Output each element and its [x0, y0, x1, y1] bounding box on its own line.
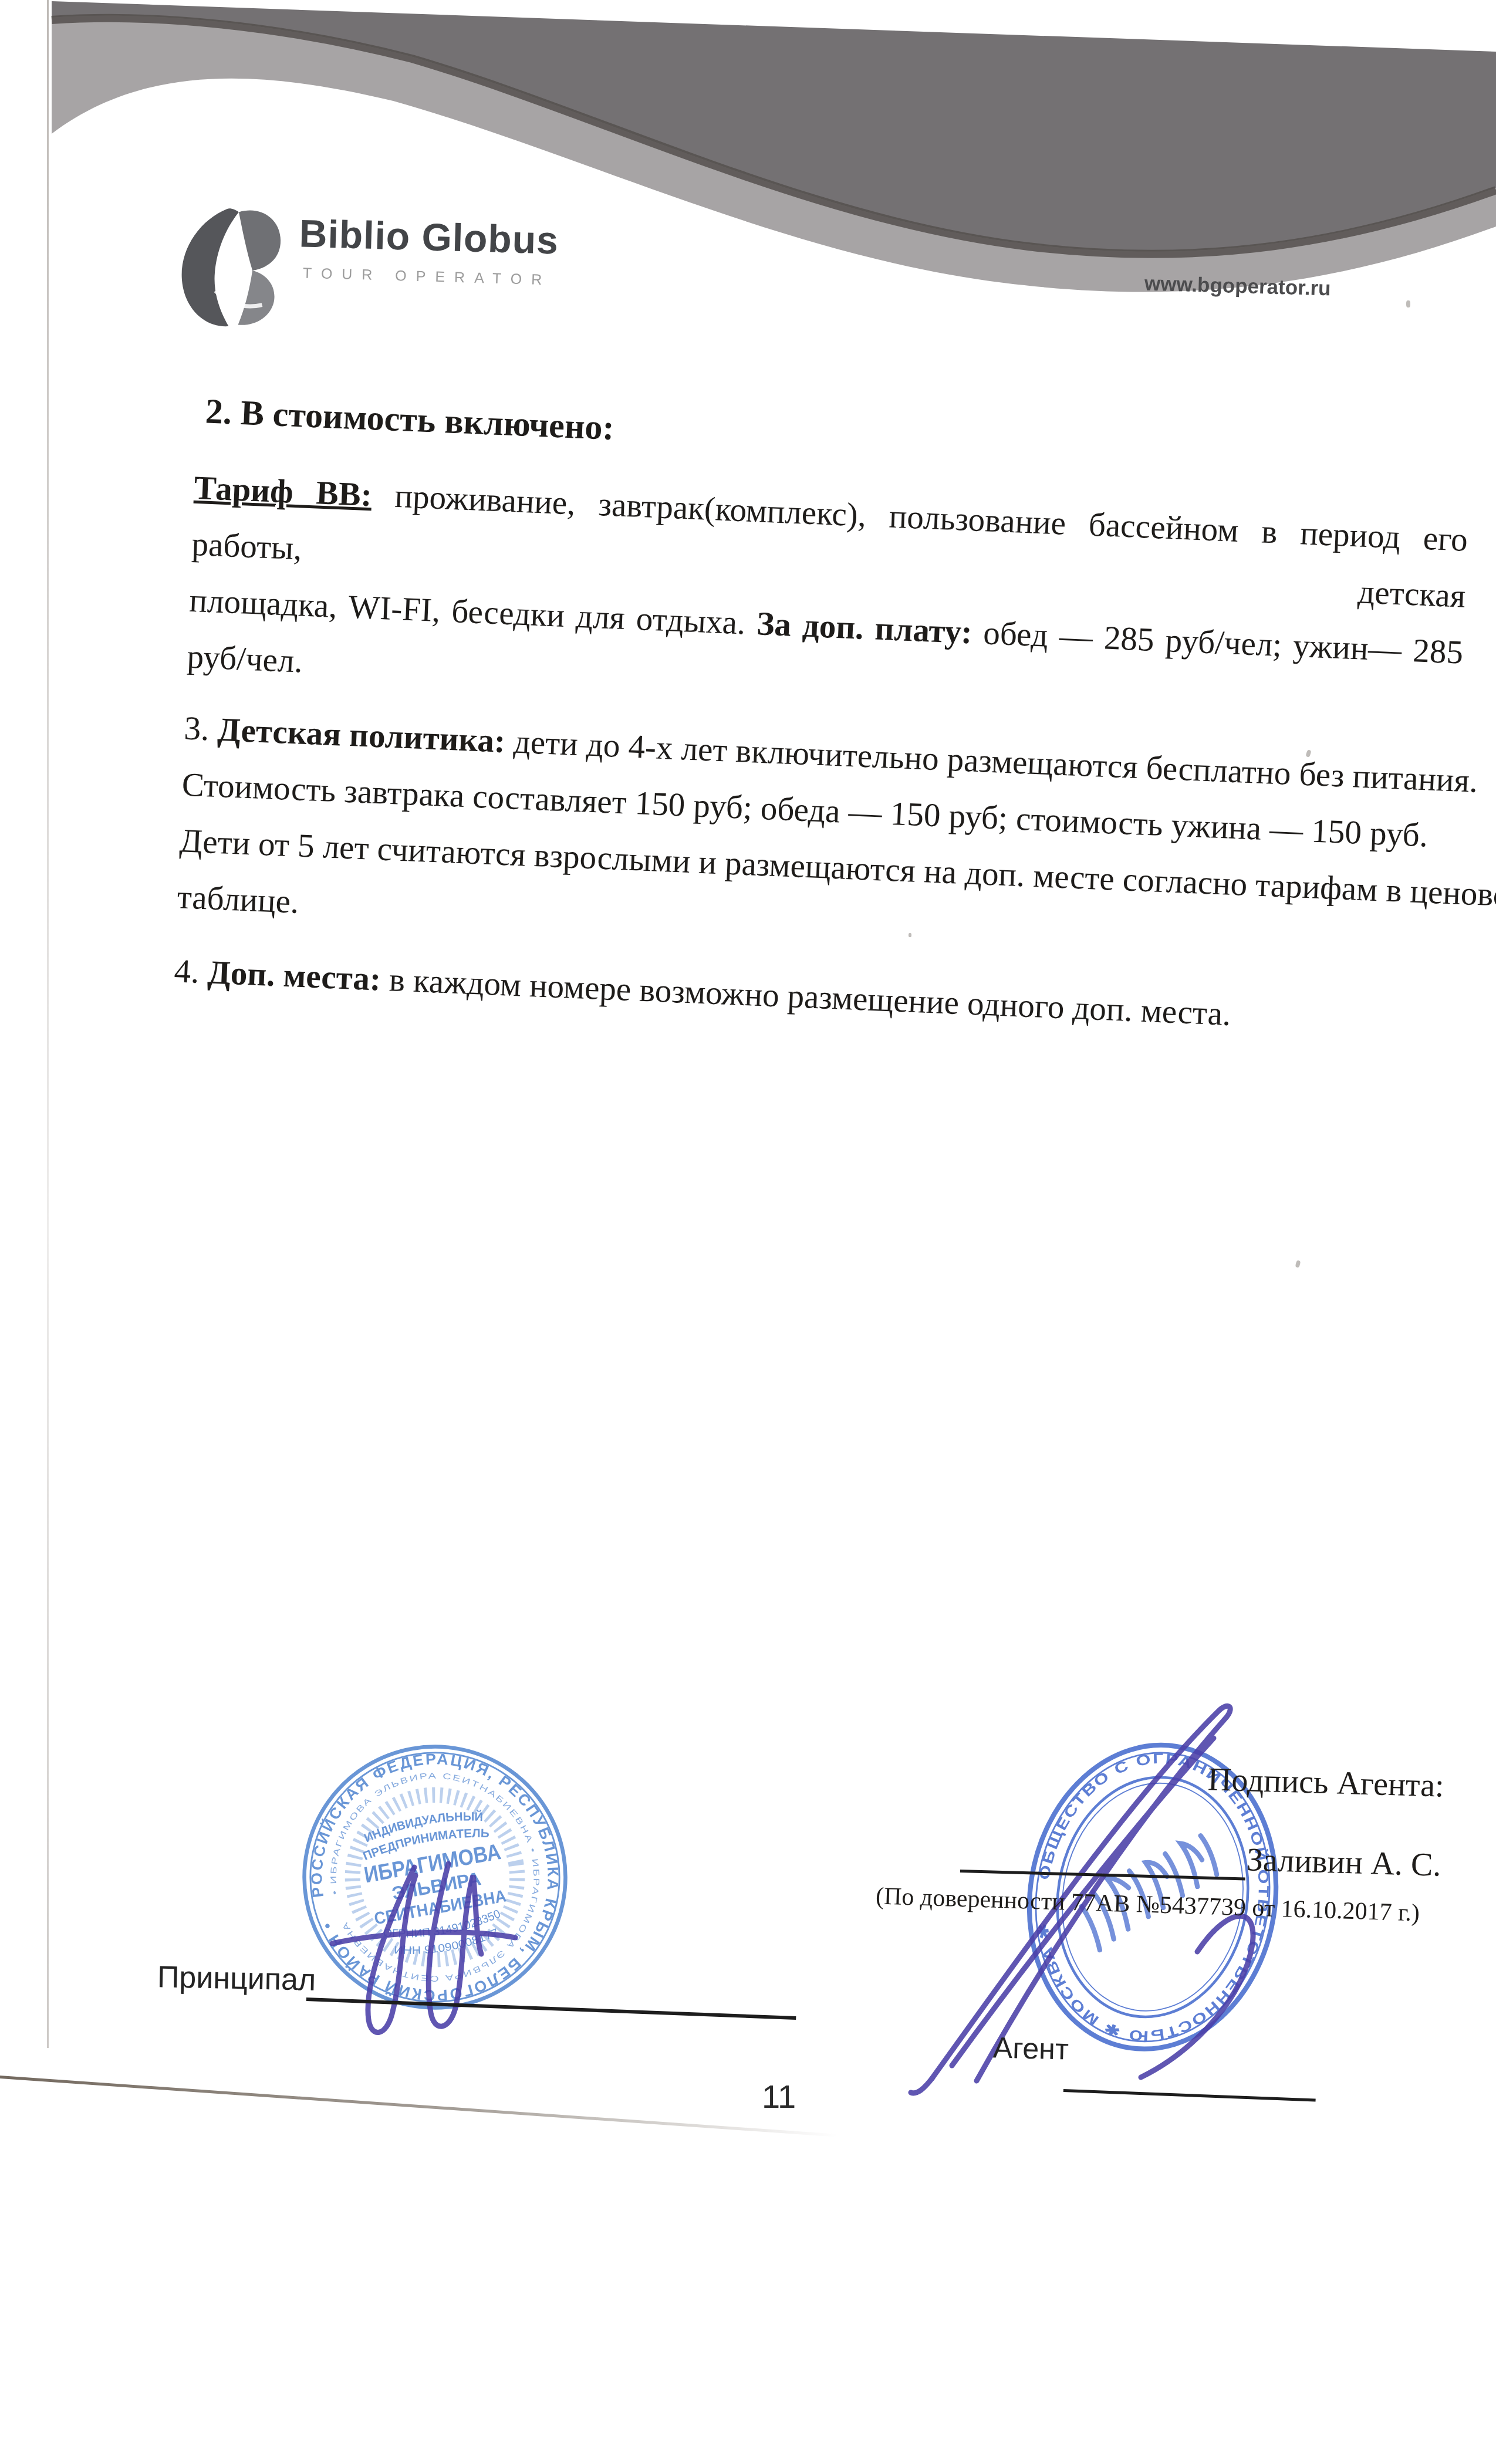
- brand-logo: Biblio Globus TOUR OPERATOR: [173, 201, 705, 351]
- children-policy-paragraph: 3. Детская политика: дети до 4-х лет вкл…: [176, 701, 1459, 978]
- scan-speck: [1406, 300, 1410, 307]
- tariff-extra-label: За доп. плату:: [756, 605, 973, 651]
- document-body: 2. В стоимость включено: Тариф BB: прожи…: [173, 383, 1472, 1052]
- tariff-paragraph: Тариф BB: проживание, завтрак(комплекс),…: [186, 460, 1469, 738]
- extra-beds-label: Доп. места:: [207, 954, 382, 998]
- extra-beds-text: в каждом номере возможно размещение одно…: [380, 961, 1232, 1033]
- page-edge-shadow-left: [47, 0, 49, 2048]
- children-policy-number: 3.: [184, 710, 219, 748]
- agent-name: Заливин А. С.: [1246, 1841, 1441, 1884]
- brand-tagline: TOUR OPERATOR: [303, 265, 552, 289]
- handwritten-signatures: [0, 0, 1496, 2464]
- extra-beds-number: 4.: [174, 952, 209, 991]
- page-edge-shadow-bottom: [0, 2076, 838, 2137]
- scan-speck: [1295, 1260, 1301, 1268]
- page-number: 11: [762, 2077, 796, 2115]
- brand-name: Biblio Globus: [299, 211, 559, 262]
- scanned-document-page: Biblio Globus TOUR OPERATOR www.bgoperat…: [0, 0, 1496, 2464]
- children-policy-label: Детская политика:: [217, 711, 506, 760]
- agent-sign-title: Подпись Агента:: [1207, 1760, 1444, 1804]
- agent-signature-line: [1063, 2089, 1316, 2102]
- principal-stamp: РОССИЙСКАЯ ФЕДЕРАЦИЯ, РЕСПУБЛИКА КРЫМ, Б…: [292, 1735, 578, 2020]
- biblio-globus-logo-icon: [173, 201, 285, 333]
- principal-label: Принципал: [157, 1959, 316, 1998]
- tariff-label: Тариф BB:: [193, 469, 373, 513]
- agent-label: Агент: [992, 2030, 1069, 2066]
